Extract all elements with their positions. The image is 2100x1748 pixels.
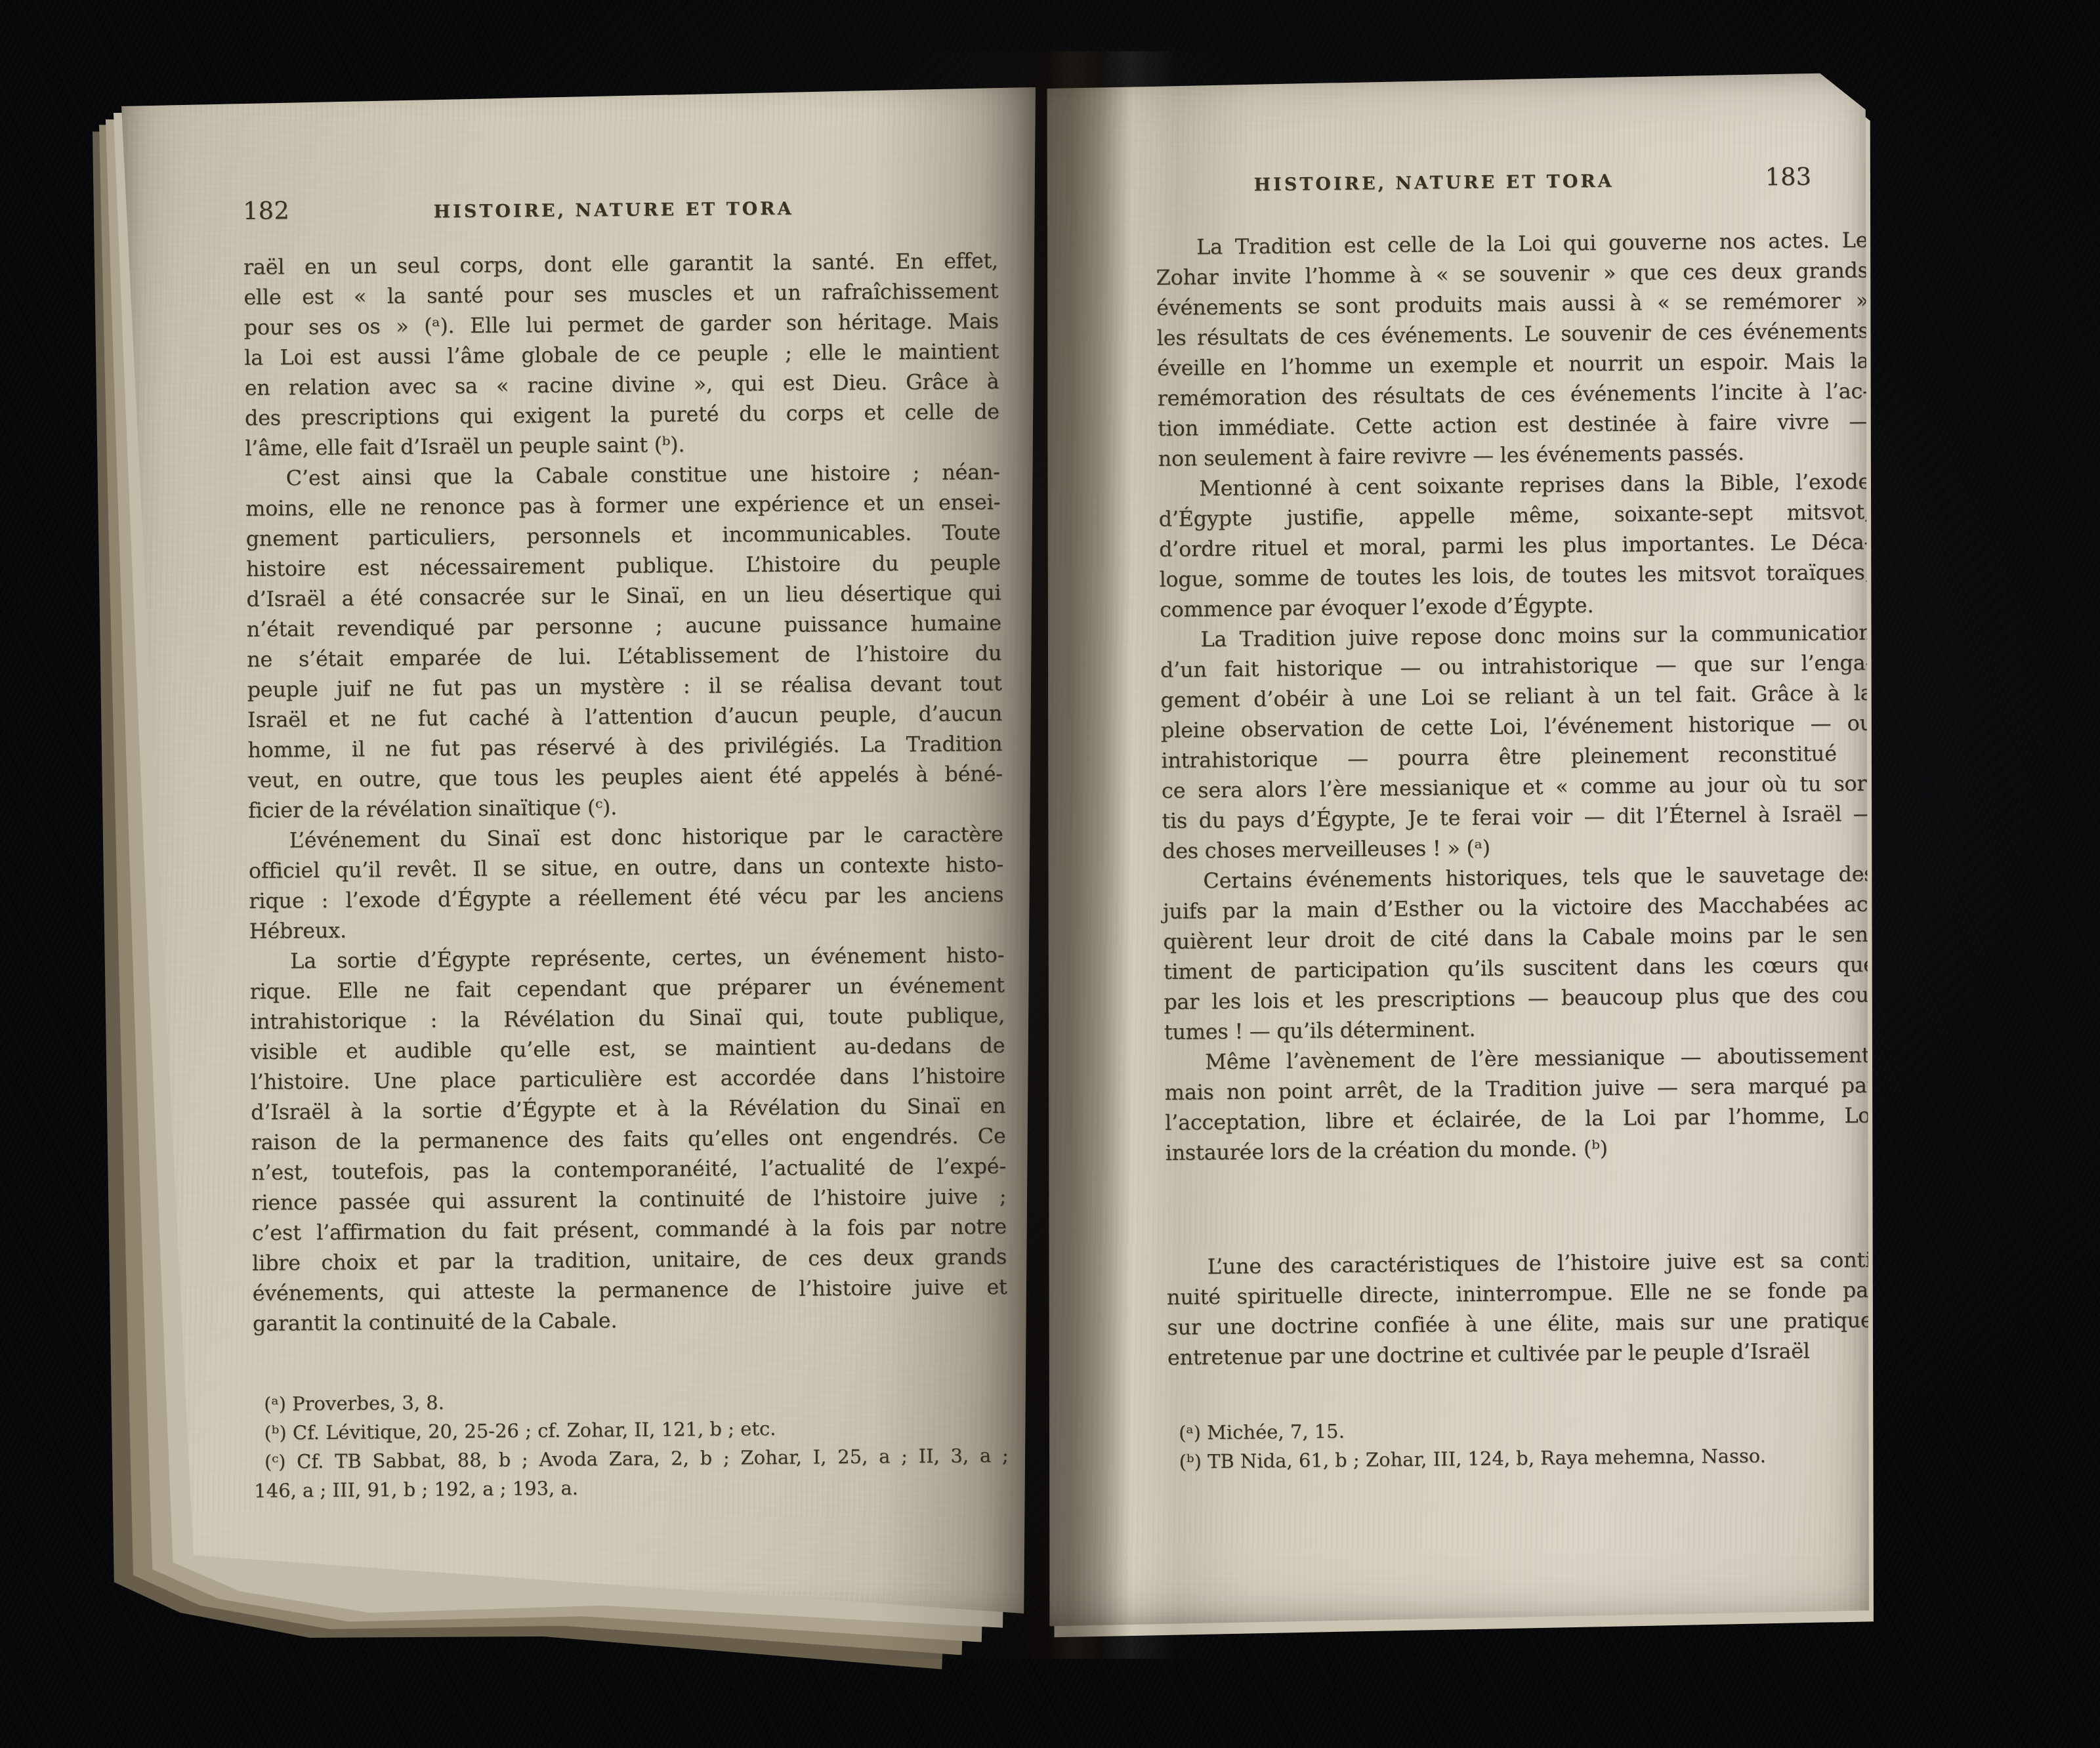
left-page-footnotes: (ᵃ) Proverbes, 3, 8.(ᵇ) Cf. Lévitique, 2… xyxy=(253,1383,1009,1505)
photo-background: 182 HISTOIRE, NATURE ET TORA raël en un … xyxy=(0,0,2100,1748)
page-number: 183 xyxy=(1713,163,1811,192)
left-page-content: 182 HISTOIRE, NATURE ET TORA raël en un … xyxy=(243,190,1009,1505)
right-page-header: HISTOIRE, NATURE ET TORA 183 xyxy=(1155,163,1811,201)
right-page-body: La Tradition est celle de la Loi qui gou… xyxy=(1156,225,1879,1373)
left-page-body: raël en un seul corps, dont elle garanti… xyxy=(243,245,1007,1339)
right-page-content: HISTOIRE, NATURE ET TORA 183 La Traditio… xyxy=(1155,162,1881,1476)
paragraph: Même l’avènement de l’ère messianique — … xyxy=(1164,1040,1878,1168)
paragraph: La sortie d’Égypte représente, certes, u… xyxy=(249,940,1007,1339)
page-number: 182 xyxy=(243,196,322,225)
running-title: HISTOIRE, NATURE ET TORA xyxy=(322,198,906,223)
paragraph: Mentionné à cent soixante reprises dans … xyxy=(1158,467,1872,625)
left-page-header: 182 HISTOIRE, NATURE ET TORA xyxy=(243,190,997,228)
paragraph: C’est ainsi que la Cabale constitue une … xyxy=(245,457,1003,825)
right-page-footnotes: (ᵃ) Michée, 7, 15.(ᵇ) TB Nida, 61, b ; Z… xyxy=(1168,1411,1881,1476)
right-page: HISTOIRE, NATURE ET TORA 183 La Traditio… xyxy=(1020,59,1880,1640)
paragraph: L’une des caractéristiques de l’histoire… xyxy=(1166,1245,1879,1373)
paragraph: La Tradition juive repose donc moins sur… xyxy=(1160,617,1874,866)
paragraph: L’événement du Sinaï est donc historique… xyxy=(248,819,1004,946)
body-line: garantit la continuité de la Cabale. xyxy=(253,1302,1007,1339)
paragraph: raël en un seul corps, dont elle garanti… xyxy=(243,245,1000,463)
footnote-line: 146, a ; III, 91, b ; 192, a ; 193, a. xyxy=(254,1470,1009,1505)
paragraph: Certains événements historiques, tels qu… xyxy=(1162,859,1876,1047)
left-page: 182 HISTOIRE, NATURE ET TORA raël en un … xyxy=(112,62,1043,1637)
running-title: HISTOIRE, NATURE ET TORA xyxy=(1155,170,1713,196)
paragraph: La Tradition est celle de la Loi qui gou… xyxy=(1156,225,1870,474)
